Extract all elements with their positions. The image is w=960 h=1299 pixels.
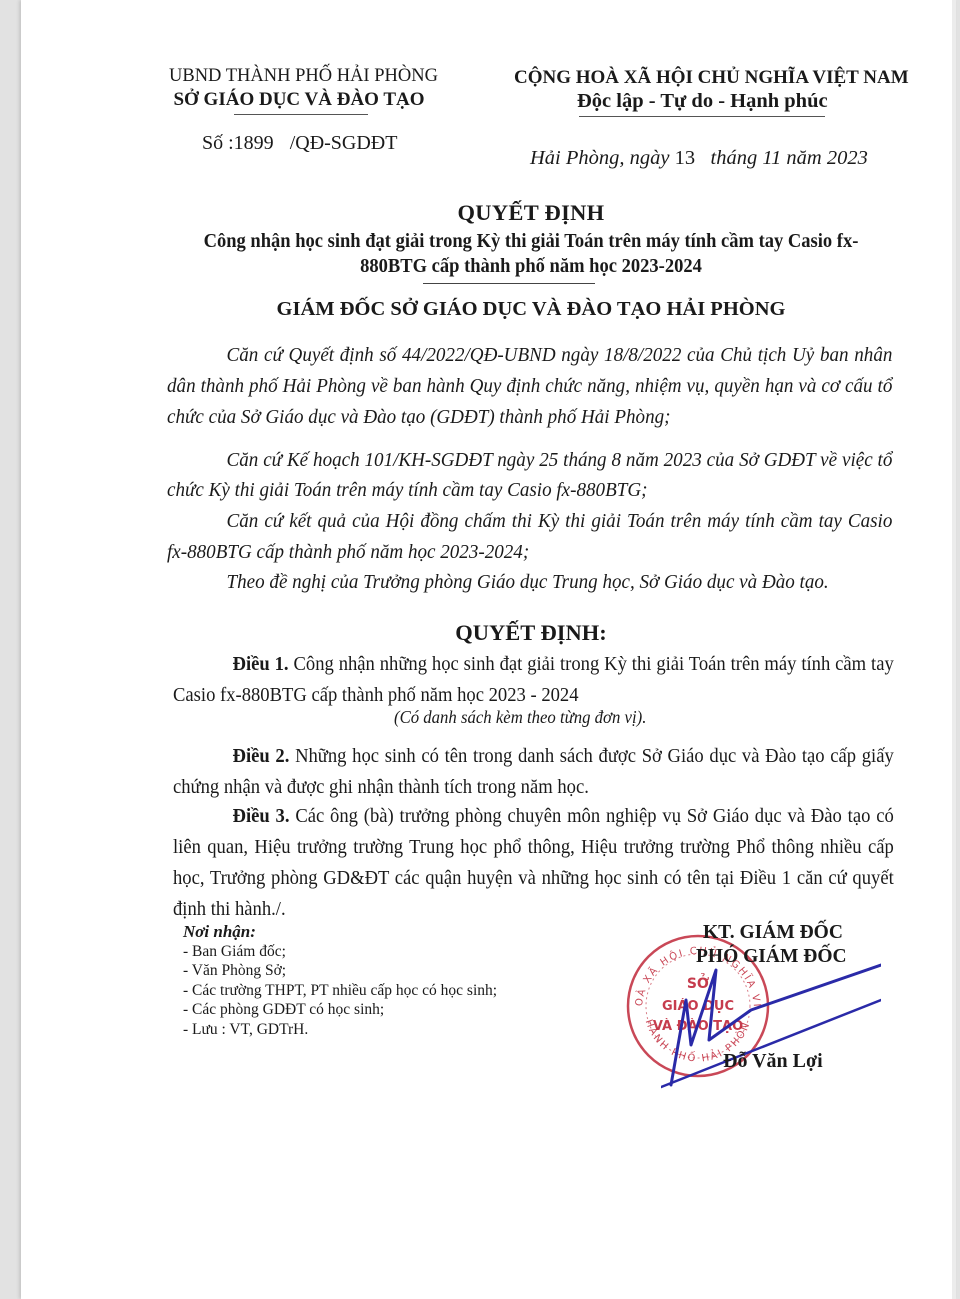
legal-basis: Căn cứ kết quả của Hội đồng chấm thi Kỳ …: [167, 506, 892, 568]
document-page: UBND THÀNH PHỐ HẢI PHÒNG SỞ GIÁO DỤC VÀ …: [21, 0, 956, 1299]
svg-text:VÀ ĐÀO TẠO: VÀ ĐÀO TẠO: [653, 1018, 743, 1034]
parent-organization: UBND THÀNH PHỐ HẢI PHÒNG: [169, 66, 434, 87]
motto-underline: [579, 116, 825, 117]
svg-text:GIÁO DỤC: GIÁO DỤC: [662, 998, 734, 1014]
document-subtitle: Công nhận học sinh đạt giải trong Kỳ thi…: [180, 229, 883, 279]
article-3: Điều 3. Các ông (bà) trưởng phòng chuyên…: [173, 801, 894, 925]
svg-text:SỞ: SỞ: [687, 973, 709, 992]
page-edge: [952, 0, 956, 1299]
article-label: Điều 3.: [233, 805, 290, 827]
signer-name: Đỗ Văn Lợi: [723, 1050, 823, 1073]
document-title: QUYẾT ĐỊNH: [21, 200, 960, 226]
date-day: 13: [675, 147, 696, 169]
document-number: Số :1899/QĐ-SGDĐT: [202, 132, 397, 155]
national-title: CỘNG HOÀ XÃ HỘI CHỦ NGHĨA VIỆT NAM: [514, 67, 909, 89]
decision-heading: QUYẾT ĐỊNH:: [21, 620, 960, 646]
article-1-note: (Có danh sách kèm theo từng đơn vị).: [394, 707, 646, 728]
date-month-year: tháng 11 năm 2023: [711, 147, 868, 169]
article-1: Điều 1. Công nhận những học sinh đạt giả…: [173, 649, 894, 711]
recipients-heading: Nơi nhận:: [183, 922, 497, 942]
recipient-item: - Các phòng GDĐT có học sinh;: [183, 1000, 497, 1020]
legal-basis: Theo đề nghị của Trưởng phòng Giáo dục T…: [167, 567, 892, 598]
article-label: Điều 1.: [233, 653, 289, 675]
article-2: Điều 2. Những học sinh có tên trong danh…: [173, 741, 894, 803]
document-number-prefix: Số :1899: [202, 132, 274, 154]
signature-title-2: PHÓ GIÁM ĐỐC: [696, 946, 847, 968]
recipient-item: - Các trường THPT, PT nhiều cấp học có h…: [183, 981, 497, 1001]
recipient-item: - Lưu : VT, GDTrH.: [183, 1020, 497, 1040]
place-and-date: Hải Phòng, ngày 13 tháng 11 năm 2023: [530, 147, 868, 170]
issuing-authority: GIÁM ĐỐC SỞ GIÁO DỤC VÀ ĐÀO TẠO HẢI PHÒN…: [21, 298, 960, 321]
recipient-item: - Ban Giám đốc;: [183, 942, 497, 962]
org-underline: [234, 114, 368, 115]
legal-basis-text: Theo đề nghị của Trưởng phòng Giáo dục T…: [227, 571, 829, 593]
legal-basis-text: Căn cứ Quyết định số 44/2022/QĐ-UBND ngà…: [167, 344, 892, 428]
issuing-organization: SỞ GIÁO DỤC VÀ ĐÀO TẠO: [171, 89, 427, 111]
signature-title-1: KT. GIÁM ĐỐC: [703, 922, 843, 944]
legal-basis-text: Căn cứ Kế hoạch 101/KH-SGDĐT ngày 25 thá…: [167, 449, 892, 501]
place-prefix: Hải Phòng, ngày: [530, 147, 670, 169]
legal-basis-text: Căn cứ kết quả của Hội đồng chấm thi Kỳ …: [167, 510, 892, 563]
legal-basis: Căn cứ Quyết định số 44/2022/QĐ-UBND ngà…: [167, 340, 892, 433]
article-label: Điều 2.: [233, 745, 290, 767]
recipients-list: Nơi nhận: - Ban Giám đốc; - Văn Phòng Sở…: [183, 922, 497, 1039]
legal-basis: Căn cứ Kế hoạch 101/KH-SGDĐT ngày 25 thá…: [167, 445, 892, 505]
recipient-item: - Văn Phòng Sở;: [183, 961, 497, 981]
national-motto: Độc lập - Tự do - Hạnh phúc: [577, 90, 828, 113]
title-underline: [423, 283, 595, 284]
document-number-suffix: /QĐ-SGDĐT: [290, 132, 398, 154]
